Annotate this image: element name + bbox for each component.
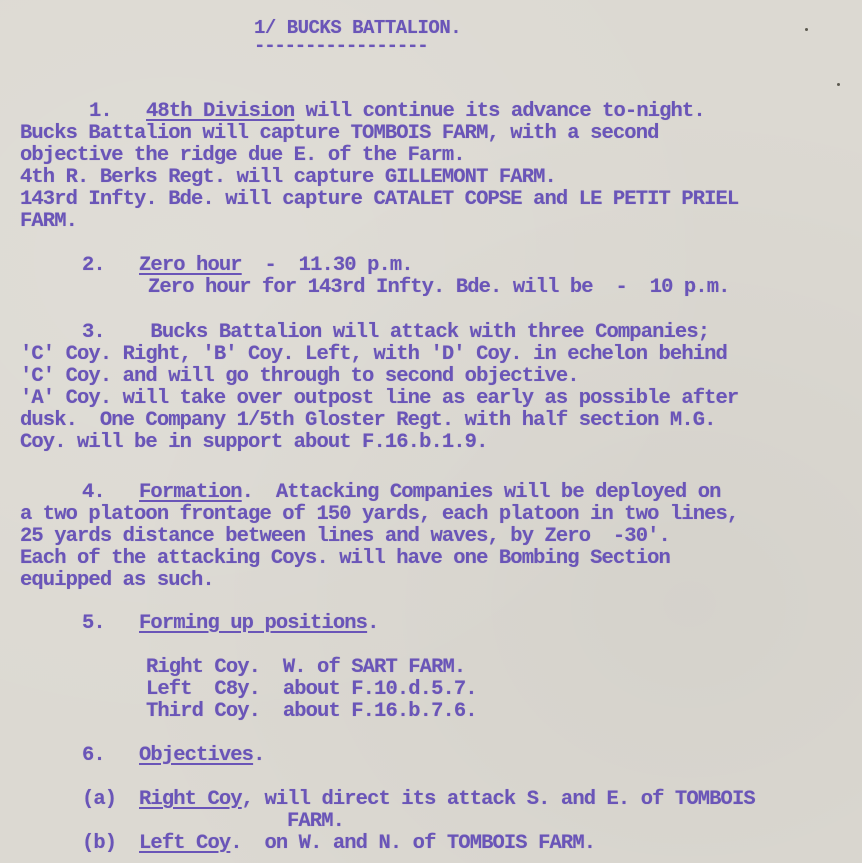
forming-up-position-row: Right Coy. W. of SART FARM. (146, 657, 465, 680)
forming-up-position-row: Left C8y. about F.10.d.5.7. (146, 679, 477, 702)
paragraph-3-line: 'C' Coy. and will go through to second o… (20, 366, 579, 389)
paragraph-6-heading-period: . (253, 744, 264, 767)
paragraph-2-number: 2. (82, 254, 105, 277)
position-location: about F.10.d.5.7. (283, 678, 477, 701)
paragraph-1-line: objective the ridge due E. of the Farm. (20, 145, 465, 168)
forming-up-position-row: Third Coy. about F.16.b.7.6. (146, 701, 477, 724)
paper-speck (837, 83, 840, 86)
paragraph-3-number: 3. (82, 321, 105, 344)
paragraph-4-text: . Attacking Companies will be deployed o… (242, 481, 721, 504)
objective-text: on W. and N. of TOMBOIS FARM. (242, 832, 595, 855)
paragraph-3-first-line: 3. Bucks Battalion will attack with thre… (82, 322, 709, 345)
objective-text: will direct its attack S. and E. of TOMB… (253, 788, 755, 811)
paragraph-3-line: 'A' Coy. will take over outpost line as … (20, 388, 738, 411)
paragraph-6-first-line: 6. Objectives. (82, 745, 264, 768)
title-underline-rule: ----------------- (254, 35, 427, 58)
objective-item-a: (a) Right Coy, will direct its attack S.… (82, 789, 755, 812)
paragraph-4-number: 4. (82, 481, 105, 504)
paragraph-4-line: Each of the attacking Coys. will have on… (20, 548, 670, 571)
position-location: about F.16.b.7.6. (283, 700, 477, 723)
objective-label: (a) (82, 788, 116, 811)
position-unit: Left C8y. (146, 678, 260, 701)
paragraph-4-first-line: 4. Formation. Attacking Companies will b… (82, 482, 721, 505)
objective-item-b: (b) Left Coy. on W. and N. of TOMBOIS FA… (82, 833, 595, 856)
paragraph-1-heading: 48th Division (146, 100, 294, 123)
objective-item-a-continuation: FARM. (287, 811, 344, 834)
paragraph-6-number: 6. (82, 744, 105, 767)
paragraph-1-line: FARM. (20, 211, 77, 234)
objective-separator: . (230, 832, 241, 855)
paragraph-1-line: 143rd Infty. Bde. will capture CATALET C… (20, 189, 738, 212)
paragraph-3-line: 'C' Coy. Right, 'B' Coy. Left, with 'D' … (20, 344, 727, 367)
paragraph-4-line: 25 yards distance between lines and wave… (20, 526, 670, 549)
paragraph-4-line: a two platoon frontage of 150 yards, eac… (20, 504, 738, 527)
paragraph-1-first-line: 1. 48th Division will continue its advan… (89, 101, 705, 124)
paragraph-3-line: dusk. One Company 1/5th Gloster Regt. wi… (20, 410, 716, 433)
position-location: W. of SART FARM. (283, 656, 465, 679)
typewritten-document: 1/ BUCKS BATTALION. ----------------- 1.… (0, 0, 862, 863)
paragraph-1-line: Bucks Battalion will capture TOMBOIS FAR… (20, 123, 659, 146)
paragraph-4-line: equipped as such. (20, 570, 214, 593)
paragraph-4-heading: Formation (139, 481, 242, 504)
objective-unit: Left Coy (139, 832, 230, 855)
paragraph-5-number: 5. (82, 612, 105, 635)
paragraph-1-number: 1. (89, 100, 112, 123)
paragraph-3-line: Coy. will be in support about F.16.b.1.9… (20, 432, 487, 455)
position-unit: Right Coy. (146, 656, 260, 679)
paragraph-5-heading-period: . (367, 612, 378, 635)
paragraph-5-heading: Forming up positions (139, 612, 367, 635)
paragraph-2-line: Zero hour for 143rd Infty. Bde. will be … (148, 277, 730, 300)
paragraph-1-line: 4th R. Berks Regt. will capture GILLEMON… (20, 167, 556, 190)
paragraph-1-text: will continue its advance to-night. (294, 100, 704, 123)
paragraph-6-heading: Objectives (139, 744, 253, 767)
paper-speck (805, 28, 808, 31)
paragraph-2-heading: Zero hour (139, 254, 242, 277)
paragraph-3-text: Bucks Battalion will attack with three C… (150, 321, 709, 344)
position-unit: Third Coy. (146, 700, 260, 723)
paragraph-2-text: - 11.30 p.m. (242, 254, 413, 277)
paragraph-2-first-line: 2. Zero hour - 11.30 p.m. (82, 255, 413, 278)
objective-unit: Right Coy (139, 788, 242, 811)
objective-label: (b) (82, 832, 116, 855)
paragraph-5-first-line: 5. Forming up positions. (82, 613, 378, 636)
objective-separator: , (242, 788, 253, 811)
